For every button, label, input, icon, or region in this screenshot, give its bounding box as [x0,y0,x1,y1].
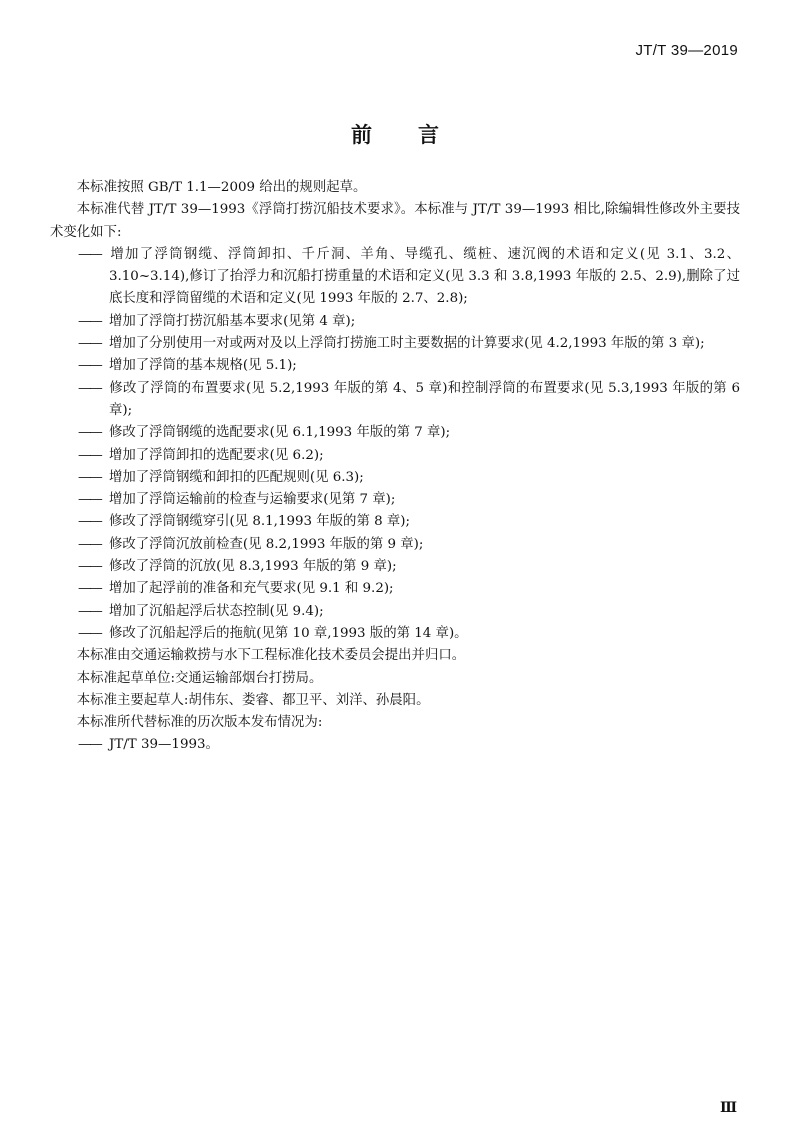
change-item: ——增加了浮筒钢缆和卸扣的匹配规则(见 6.3); [50,467,740,489]
dash-marker: —— [78,355,109,377]
dash-marker: —— [78,422,109,444]
change-item: ——增加了浮筒的基本规格(见 5.1); [50,355,740,377]
change-item: ——修改了浮筒钢缆的选配要求(见 6.1,1993 年版的第 7 章); [50,422,740,444]
change-item: ——增加了浮筒运输前的检查与运输要求(见第 7 章); [50,489,740,511]
change-item-text: 增加了分别使用一对或两对及以上浮筒打捞施工时主要数据的计算要求(见 4.2,19… [109,336,705,351]
change-item-text: 修改了浮筒的沉放(见 8.3,1993 年版的第 9 章); [109,559,397,574]
title-char-1: 前 [351,123,372,147]
change-item: ——增加了分别使用一对或两对及以上浮筒打捞施工时主要数据的计算要求(见 4.2,… [50,333,740,355]
change-item: ——修改了浮筒的布置要求(见 5.2,1993 年版的第 4、5 章)和控制浮筒… [50,378,740,423]
change-item-text: 修改了浮筒的布置要求(见 5.2,1993 年版的第 4、5 章)和控制浮筒的布… [109,381,740,418]
change-item: ——修改了浮筒钢缆穿引(见 8.1,1993 年版的第 8 章); [50,511,740,533]
proposer-paragraph: 本标准由交通运输救捞与水下工程标准化技术委员会提出并归口。 [50,645,740,667]
dash-marker: —— [78,311,109,333]
page-number: Ⅲ [720,1100,737,1116]
dash-marker: —— [78,556,109,578]
change-item-text: 增加了浮筒钢缆、浮筒卸扣、千斤洞、羊角、导缆孔、缆桩、速沉阀的术语和定义(见 3… [109,247,740,307]
change-item-text: 增加了起浮前的准备和充气要求(见 9.1 和 9.2); [109,581,394,596]
change-item-text: 修改了浮筒钢缆的选配要求(见 6.1,1993 年版的第 7 章); [109,425,450,440]
change-item: ——增加了浮筒钢缆、浮筒卸扣、千斤洞、羊角、导缆孔、缆桩、速沉阀的术语和定义(见… [50,244,740,311]
change-item: ——增加了浮筒打捞沉船基本要求(见第 4 章); [50,311,740,333]
history-item-text: JT/T 39—1993。 [109,737,219,752]
change-item: ——增加了起浮前的准备和充气要求(见 9.1 和 9.2); [50,578,740,600]
change-item: ——修改了浮筒的沉放(见 8.3,1993 年版的第 9 章); [50,556,740,578]
dash-marker: —— [78,489,109,511]
change-item-text: 修改了浮筒沉放前检查(见 8.2,1993 年版的第 9 章); [109,537,423,552]
change-item-text: 增加了浮筒钢缆和卸扣的匹配规则(见 6.3); [109,470,364,485]
drafting-unit-paragraph: 本标准起草单位:交通运输部烟台打捞局。 [50,668,740,690]
dash-marker: —— [78,445,109,467]
change-item-text: 增加了浮筒卸扣的选配要求(见 6.2); [109,448,324,463]
dash-marker: —— [78,511,109,533]
dash-marker: —— [78,534,109,556]
dash-marker: —— [78,601,109,623]
drafting-rule-paragraph: 本标准按照 GB/T 1.1—2009 给出的规则起草。 [50,177,740,199]
change-item: ——修改了沉船起浮后的拖航(见第 10 章,1993 版的第 14 章)。 [50,623,740,645]
dash-marker: —— [78,244,109,266]
change-item-text: 增加了浮筒运输前的检查与运输要求(见第 7 章); [109,492,395,507]
change-item: ——增加了沉船起浮后状态控制(见 9.4); [50,601,740,623]
dash-marker: —— [78,467,109,489]
change-item-text: 修改了浮筒钢缆穿引(见 8.1,1993 年版的第 8 章); [109,514,410,529]
changes-list: ——增加了浮筒钢缆、浮筒卸扣、千斤洞、羊角、导缆孔、缆桩、速沉阀的术语和定义(见… [50,244,740,645]
change-item-text: 增加了浮筒打捞沉船基本要求(见第 4 章); [109,314,355,329]
title-char-2: 言 [418,123,439,147]
history-item: ——JT/T 39—1993。 [50,734,740,756]
dash-marker: —— [78,734,109,756]
dash-marker: —— [78,623,109,645]
dash-marker: —— [78,578,109,600]
change-item: ——修改了浮筒沉放前检查(见 8.2,1993 年版的第 9 章); [50,534,740,556]
foreword-body: 本标准按照 GB/T 1.1—2009 给出的规则起草。 本标准代替 JT/T … [50,177,740,757]
change-item-text: 修改了沉船起浮后的拖航(见第 10 章,1993 版的第 14 章)。 [109,626,468,641]
change-item-text: 增加了浮筒的基本规格(见 5.1); [109,358,297,373]
dash-marker: —— [78,378,109,400]
change-item-text: 增加了沉船起浮后状态控制(见 9.4); [109,604,324,619]
dash-marker: —— [78,333,109,355]
replacement-paragraph: 本标准代替 JT/T 39—1993《浮筒打捞沉船技术要求》。本标准与 JT/T… [50,199,740,244]
history-intro-paragraph: 本标准所代替标准的历次版本发布情况为: [50,712,740,734]
page-title: 前言 [0,119,790,149]
standard-code-header: JT/T 39—2019 [635,42,738,59]
drafters-paragraph: 本标准主要起草人:胡伟东、娄睿、都卫平、刘洋、孙晨阳。 [50,690,740,712]
change-item: ——增加了浮筒卸扣的选配要求(见 6.2); [50,445,740,467]
